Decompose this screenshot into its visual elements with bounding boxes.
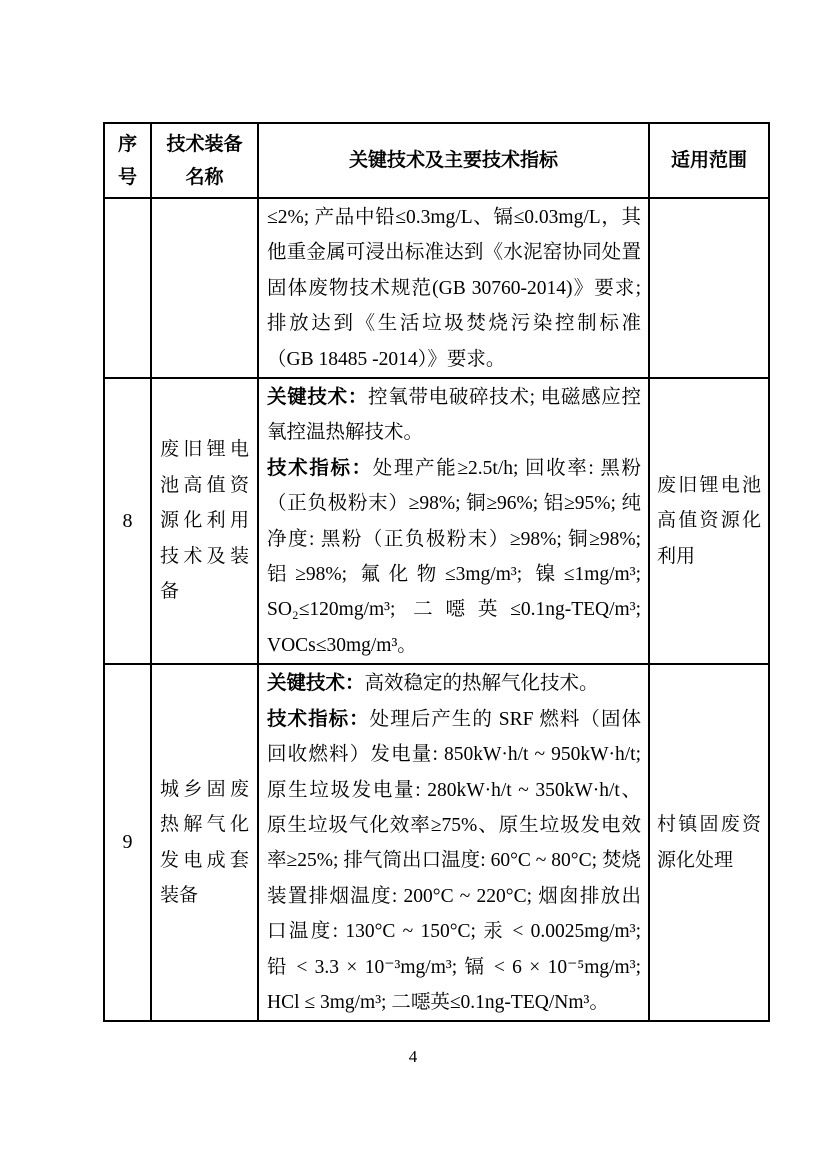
key-technology-label: 关键技术：	[267, 672, 365, 694]
indicator-paragraph: ≤2%; 产品中铅≤0.3mg/L、镉≤0.03mg/L，其他重金属可浸出标准达…	[267, 200, 641, 377]
equipment-name-cell	[151, 198, 258, 378]
header-serial-number: 序号	[104, 123, 151, 198]
indicator-paragraph: 技术指标：处理产能≥2.5t/h; 回收率: 黑粉（正负极粉末）≥98%; 铜≥…	[267, 451, 641, 663]
document-page: 序号 技术装备名称 关键技术及主要技术指标 适用范围 ≤2%; 产品中铅≤0.3…	[0, 0, 826, 1169]
indicator-text: 处理产能≥2.5t/h; 回收率: 黑粉（正负极粉末）≥98%; 铜≥96%; …	[267, 458, 641, 656]
header-key-indicators: 关键技术及主要技术指标	[258, 123, 649, 198]
table-row-8: 8 废旧锂电池高值资源化利用技术及装备 关键技术：控氧带电破碎技术; 电磁感应控…	[104, 378, 769, 664]
scope-cell: 废旧锂电池高值资源化利用	[649, 378, 769, 664]
equipment-name-cell: 城乡固废热解气化发电成套装备	[151, 664, 258, 1021]
tech-index-label: 技术指标：	[267, 457, 373, 479]
tech-equipment-table: 序号 技术装备名称 关键技术及主要技术指标 适用范围 ≤2%; 产品中铅≤0.3…	[103, 122, 770, 1022]
indicators-cell: 关键技术：控氧带电破碎技术; 电磁感应控氧控温热解技术。 技术指标：处理产能≥2…	[258, 378, 649, 664]
table-row-continuation: ≤2%; 产品中铅≤0.3mg/L、镉≤0.03mg/L，其他重金属可浸出标准达…	[104, 198, 769, 378]
indicator-text: 处理后产生的 SRF 燃料（固体回收燃料）发电量: 850kW·h/t ~ 95…	[267, 709, 641, 1013]
indicator-paragraph: 关键技术：高效稳定的热解气化技术。	[267, 666, 641, 701]
header-equipment-name: 技术装备名称	[151, 123, 258, 198]
indicators-cell: 关键技术：高效稳定的热解气化技术。 技术指标：处理后产生的 SRF 燃料（固体回…	[258, 664, 649, 1021]
serial-cell: 8	[104, 378, 151, 664]
key-technology-label: 关键技术：	[267, 386, 368, 408]
tech-index-label: 技术指标：	[267, 708, 370, 730]
indicator-paragraph: 技术指标：处理后产生的 SRF 燃料（固体回收燃料）发电量: 850kW·h/t…	[267, 702, 641, 1021]
indicator-text: 高效稳定的热解气化技术。	[365, 673, 599, 694]
table-row-9: 9 城乡固废热解气化发电成套装备 关键技术：高效稳定的热解气化技术。 技术指标：…	[104, 664, 769, 1021]
table-header-row: 序号 技术装备名称 关键技术及主要技术指标 适用范围	[104, 123, 769, 198]
equipment-name-cell: 废旧锂电池高值资源化利用技术及装备	[151, 378, 258, 664]
indicators-cell: ≤2%; 产品中铅≤0.3mg/L、镉≤0.03mg/L，其他重金属可浸出标准达…	[258, 198, 649, 378]
indicator-paragraph: 关键技术：控氧带电破碎技术; 电磁感应控氧控温热解技术。	[267, 380, 641, 451]
header-scope: 适用范围	[649, 123, 769, 198]
scope-cell: 村镇固废资源化处理	[649, 664, 769, 1021]
page-number: 4	[0, 1047, 826, 1067]
indicator-text: ≤2%; 产品中铅≤0.3mg/L、镉≤0.03mg/L，其他重金属可浸出标准达…	[267, 207, 641, 370]
scope-cell	[649, 198, 769, 378]
serial-cell: 9	[104, 664, 151, 1021]
serial-cell	[104, 198, 151, 378]
